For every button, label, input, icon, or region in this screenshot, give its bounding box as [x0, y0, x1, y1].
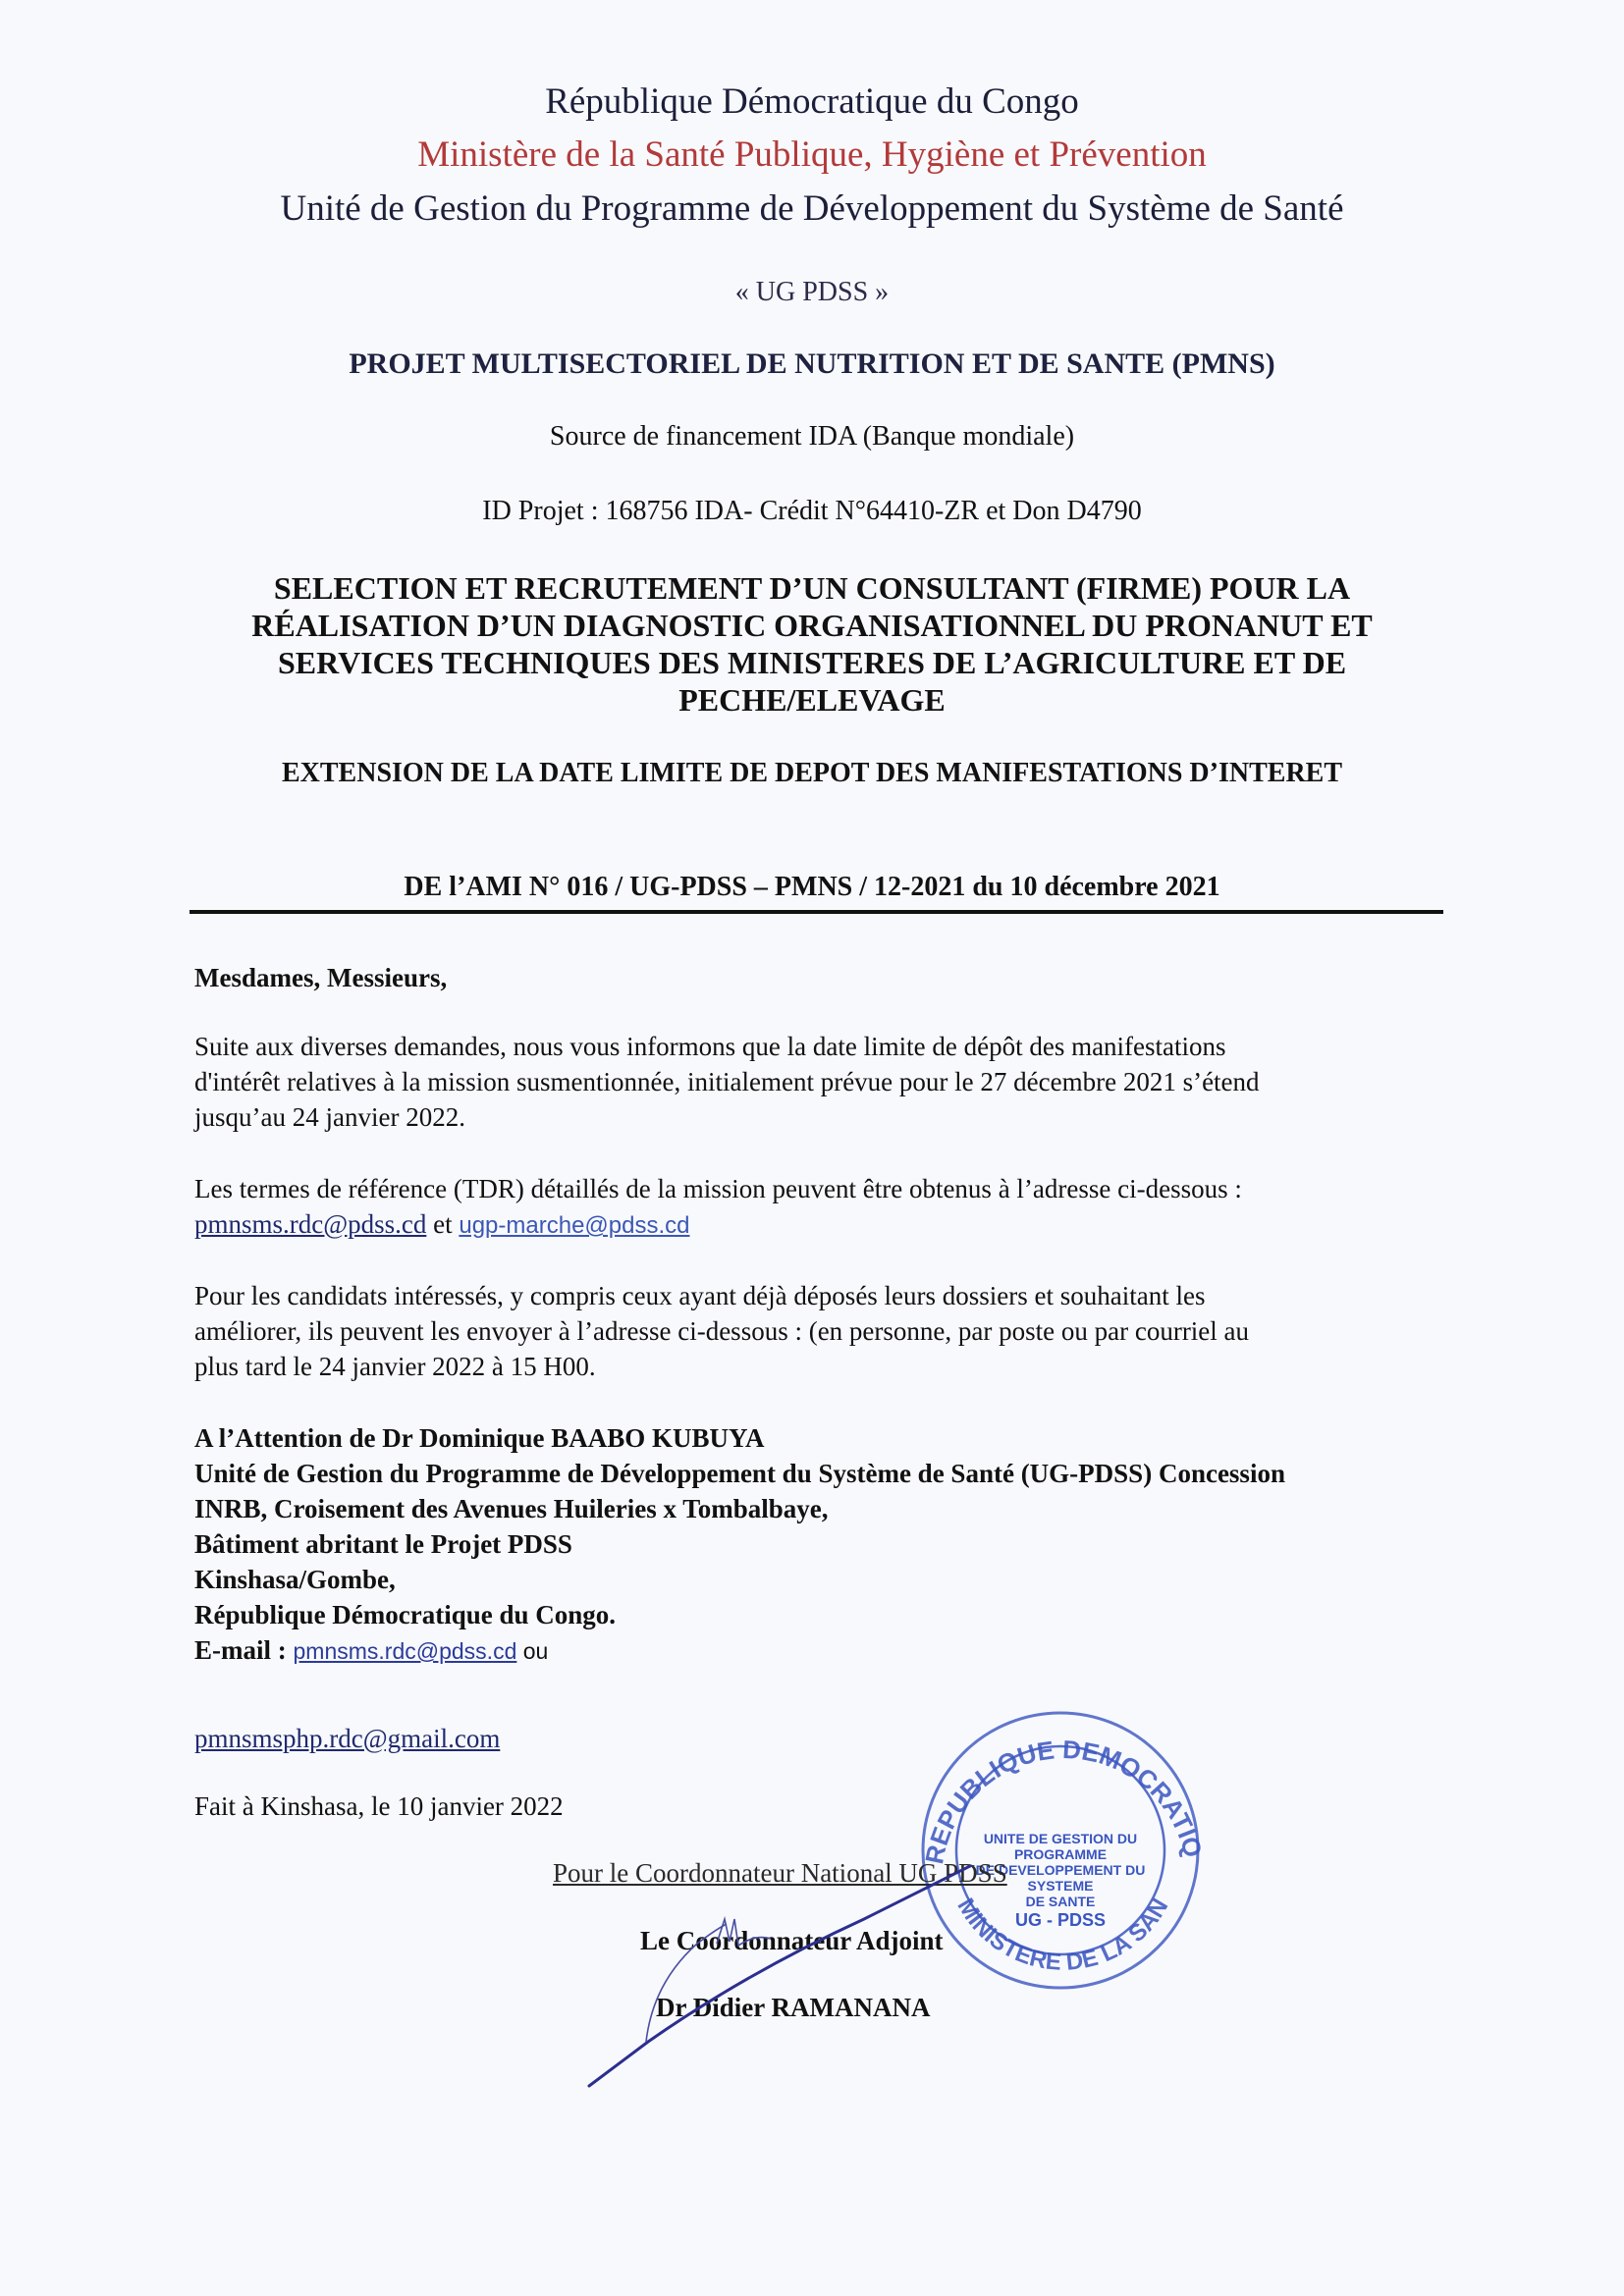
paragraph-line: plus tard le 24 janvier 2022 à 15 H00.	[194, 1349, 1451, 1384]
paragraph-deadline: Suite aux diverses demandes, nous vous i…	[194, 1029, 1451, 1135]
header-unit: Unité de Gestion du Programme de Dévelop…	[0, 187, 1624, 230]
email-label: E-mail :	[194, 1635, 294, 1665]
place-date: Fait à Kinshasa, le 10 janvier 2022	[194, 1789, 1451, 1824]
paragraph-line: Les termes de référence (TDR) détaillés …	[194, 1171, 1451, 1206]
address-line: INRB, Croisement des Avenues Huileries x…	[194, 1491, 1451, 1526]
address-email-line: E-mail : pmnsms.rdc@pdss.cd ou	[194, 1632, 1451, 1669]
document-page: République Démocratique du Congo Ministè…	[0, 0, 1624, 2296]
paragraph-line: pmnsms.rdc@pdss.cd et ugp-marche@pdss.cd	[194, 1206, 1451, 1244]
header-country: République Démocratique du Congo	[0, 80, 1624, 123]
title-line: PECHE/ELEVAGE	[196, 681, 1428, 719]
address-email-link[interactable]: pmnsms.rdc@pdss.cd	[294, 1638, 517, 1664]
extension-title: EXTENSION DE LA DATE LIMITE DE DEPOT DES…	[0, 758, 1624, 789]
address-line: Kinshasa/Gombe,	[194, 1562, 1451, 1597]
address-line: République Démocratique du Congo.	[194, 1597, 1451, 1632]
email-suffix: ou	[516, 1638, 548, 1664]
paragraph-line: Suite aux diverses demandes, nous vous i…	[194, 1029, 1451, 1064]
header-acronym: « UG PDSS »	[0, 277, 1624, 308]
handwritten-signature	[569, 1865, 982, 2120]
document-title: SELECTION ET RECRUTEMENT D’UN CONSULTANT…	[196, 569, 1428, 719]
title-line: SERVICES TECHNIQUES DES MINISTERES DE L’…	[196, 644, 1428, 681]
header-ministry: Ministère de la Santé Publique, Hygiène …	[0, 133, 1624, 176]
title-line: SELECTION ET RECRUTEMENT D’UN CONSULTANT…	[196, 569, 1428, 607]
paragraph-line: améliorer, ils peuvent les envoyer à l’a…	[194, 1313, 1451, 1349]
conjunction: et	[426, 1209, 459, 1239]
funding-source: Source de financement IDA (Banque mondia…	[0, 421, 1624, 453]
paragraph-line: d'intérêt relatives à la mission susment…	[194, 1064, 1451, 1099]
address-block: A l’Attention de Dr Dominique BAABO KUBU…	[194, 1420, 1451, 1669]
alt-email-line: pmnsmsphp.rdc@gmail.com	[194, 1721, 1451, 1756]
alt-email-link[interactable]: pmnsmsphp.rdc@gmail.com	[194, 1724, 500, 1753]
paragraph-line: jusqu’au 24 janvier 2022.	[194, 1099, 1451, 1135]
address-line: Unité de Gestion du Programme de Dévelop…	[194, 1456, 1451, 1491]
address-line: A l’Attention de Dr Dominique BAABO KUBU…	[194, 1420, 1451, 1456]
horizontal-rule	[189, 910, 1443, 914]
address-line: Bâtiment abritant le Projet PDSS	[194, 1526, 1451, 1562]
paragraph-candidates: Pour les candidats intéressés, y compris…	[194, 1278, 1451, 1384]
ami-reference: DE l’AMI N° 016 / UG-PDSS – PMNS / 12-20…	[0, 872, 1624, 903]
title-line: RÉALISATION D’UN DIAGNOSTIC ORGANISATION…	[196, 607, 1428, 644]
project-name: PROJET MULTISECTORIEL DE NUTRITION ET DE…	[0, 347, 1624, 381]
email-link-ugp-marche[interactable]: ugp-marche@pdss.cd	[459, 1212, 689, 1239]
paragraph-line: Pour les candidats intéressés, y compris…	[194, 1278, 1451, 1313]
greeting: Mesdames, Messieurs,	[194, 960, 1451, 995]
paragraph-tdr: Les termes de référence (TDR) détaillés …	[194, 1171, 1451, 1244]
project-id: ID Projet : 168756 IDA- Crédit N°64410-Z…	[0, 496, 1624, 527]
email-link-pmnsms[interactable]: pmnsms.rdc@pdss.cd	[194, 1209, 426, 1239]
